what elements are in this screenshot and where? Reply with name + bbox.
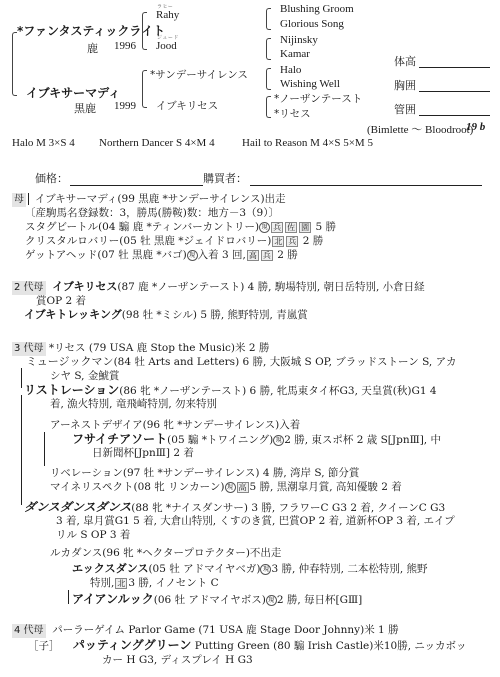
girth-label: 胸囲 <box>394 77 416 93</box>
gen3-entry-4: フサイチアソート(05 騸 *トワイニング)現2 勝, 東スポ杯 2 歳 S[J… <box>72 432 441 447</box>
dam-offspring-2: クリスタルロバリー(05 牡 黒鹿 *ジェイドロバリー)北兵 2 勝 <box>25 234 323 248</box>
gen3-4: Kamar <box>280 48 310 60</box>
dam-name: イブキサーマディ <box>26 84 120 101</box>
dam-dam-name: イブキリセス <box>156 98 218 113</box>
gen3-2: Glorious Song <box>280 18 344 30</box>
gen3-entry-5: リベレーション(97 牡 *サンデーサイレンス) 4 勝, 湾岸 S, 節分賞 <box>50 466 359 480</box>
gen3-entry-9: エックスダンス(05 牡 アドマイヤベガ)現3 勝, 仲春特別, 二本松特別, … <box>72 562 428 576</box>
dam-section-line2: 〔産駒馬名登録数：3，勝馬(勝鞍)数：地方－3（9）〕 <box>25 206 279 220</box>
pedigree-bracket-dam <box>142 70 147 108</box>
sire-year: 1996 <box>114 40 136 52</box>
gen3-1: Blushing Groom <box>280 3 354 15</box>
gen3-entry-1: ミュージックマン(84 牡 Arts and Letters) 6 勝, 大阪城… <box>26 355 457 369</box>
gen4-line1: 4 代母 パーラーゲイム Parlor Game (71 USA 鹿 Stage… <box>12 623 399 638</box>
gen3-entry-1-cont: シヤ S, 金鯱賞 <box>50 369 119 383</box>
sire-color: 鹿 <box>87 40 98 56</box>
gen4-child-cont: カー H G3, ディスプレイ H G3 <box>102 653 253 667</box>
current-mark-icon: 現 <box>225 482 236 493</box>
dam-sire-name: *サンデーサイレンス <box>150 67 248 82</box>
gen3-entry-2: リストレーション(86 牝 *ノーザンテースト) 6 勝, 牝馬東タイ杯G3, … <box>24 383 437 398</box>
region-badge: 佐 <box>285 222 297 233</box>
region-badge: 兵 <box>286 236 298 247</box>
gen3-entry-8: ルカダンス(96 牝 *ヘクタープロテクター)不出走 <box>50 546 281 560</box>
buyer-field[interactable] <box>250 185 482 186</box>
family-number: 19 b <box>466 121 485 133</box>
family-line: (Bimlette ～ Bloodroot) <box>367 121 473 137</box>
price-field[interactable] <box>70 185 203 186</box>
gen3-entry-7: ダンスダンスダンス(88 牝 *ナイスダンサー) 3 勝, フラワーC G3 2… <box>24 500 445 515</box>
gen3-3: Nijinsky <box>280 34 318 46</box>
gen3-7: *ノーザンテースト <box>274 91 362 106</box>
pedigree-bracket-g3-4 <box>266 96 271 118</box>
inbreeding-3: Hail to Reason M 4×S 5×M 5 <box>242 137 373 149</box>
dam-offspring-1: スタグビートル(04 騸 鹿 *ティンバーカントリー)現兵佐園 5 勝 <box>25 220 336 234</box>
dam-label: 母 <box>12 193 26 207</box>
height-field[interactable] <box>419 67 490 68</box>
region-badge: 北 <box>272 236 284 247</box>
gen3-entry-4-cont: 日新聞杯[JpnⅢ] 2 着 <box>92 446 194 460</box>
sire-dam-name: Jood <box>156 40 177 52</box>
region-badge: 高 <box>237 482 249 493</box>
pedigree-bracket-g3-3 <box>266 68 271 90</box>
gen2-line1: 2 代母 イブキリセス(87 鹿 *ノーザンテースト) 4 勝, 駒場特別, 朝… <box>12 280 425 295</box>
height-label: 体高 <box>394 53 416 69</box>
child-tag: ［子］ <box>28 640 60 652</box>
region-badge: 高 <box>247 250 259 261</box>
gen3-entry-3: アーネストデザイア(96 牝 *サンデーサイレンス)入着 <box>50 418 300 432</box>
cannon-label: 管囲 <box>394 101 416 117</box>
gen4-child: ［子］ パッティンググリーン Putting Green (80 騸 Irish… <box>28 638 466 653</box>
current-mark-icon: 現 <box>266 595 277 606</box>
region-badge: 兵 <box>261 250 273 261</box>
current-mark-icon: 現 <box>260 564 271 575</box>
dam-year: 1999 <box>114 100 136 112</box>
gen3-line1: 3 代母 *リセス (79 USA 鹿 Stop the Music)米 2 勝 <box>12 341 269 356</box>
tree-line <box>44 432 45 466</box>
gen3-entry-2-cont: 着, 漁火特別, 竜飛崎特別, 勿来特別 <box>50 397 217 411</box>
tree-line <box>21 395 22 505</box>
pedigree-bracket-g3-1 <box>266 8 271 30</box>
inbreeding-2: Northern Dancer S 4×M 4 <box>99 137 215 149</box>
gen3-entry-9-cont: 特別,北3 勝, イノセント C <box>90 576 219 590</box>
dam-offspring-3: ゲットアヘッド(07 牡 黒鹿 *バゴ)現入着 3 回,高兵 2 勝 <box>25 248 298 262</box>
gen2-child: イブキトレッキング(98 牡 *ミシル) 5 勝, 熊野特別, 青嵐賞 <box>24 308 308 322</box>
gen2-label: 2 代母 <box>12 281 46 295</box>
girth-field[interactable] <box>419 91 490 92</box>
sire-sire-name: Rahy <box>156 9 179 21</box>
region-badge: 兵 <box>271 222 283 233</box>
price-label: 価格： <box>35 170 68 186</box>
current-mark-icon: 現 <box>273 435 284 446</box>
cannon-field[interactable] <box>419 115 490 116</box>
tree-line <box>68 590 69 604</box>
gen3-entry-7-cont: 3 着, 皐月賞G1 5 着, 大倉山特別, くすのき賞, 巴賞OP 2 着, … <box>56 514 455 528</box>
gen3-label: 3 代母 <box>12 342 46 356</box>
gen3-8: *リセス <box>274 106 311 121</box>
region-badge: 園 <box>299 222 311 233</box>
pedigree-bracket-gen1 <box>12 32 17 96</box>
dam-section-line1: 母イブキサーマディ(99 黒鹿 *サンデーサイレンス)出走 <box>12 192 286 207</box>
inbreeding-1: Halo M 3×S 4 <box>12 137 75 149</box>
gen3-entry-6: マイネリスペクト(08 牝 リンカーン)現高5 勝, 黒潮皐月賞, 高知優駿 2… <box>50 480 402 494</box>
region-badge: 北 <box>115 578 127 589</box>
gen4-label: 4 代母 <box>12 624 46 638</box>
gen3-entry-7-cont2: リル S OP 3 着 <box>56 528 130 542</box>
pedigree-bracket-g3-2 <box>266 38 271 60</box>
gen3-5: Halo <box>280 64 301 76</box>
buyer-label: 購買者： <box>203 170 247 186</box>
tree-line <box>21 368 22 388</box>
current-mark-icon: 現 <box>187 250 198 261</box>
gen3-entry-10: アイアンルック(06 牡 アドマイヤボス)現2 勝, 毎日杯[GⅢ] <box>72 592 362 607</box>
gen3-6: Wishing Well <box>280 78 340 90</box>
pedigree-bracket-sire <box>142 12 147 50</box>
dam-color: 黒鹿 <box>74 100 96 116</box>
gen2-line2: 賞OP 2 着 <box>36 294 86 308</box>
current-mark-icon: 現 <box>259 222 270 233</box>
